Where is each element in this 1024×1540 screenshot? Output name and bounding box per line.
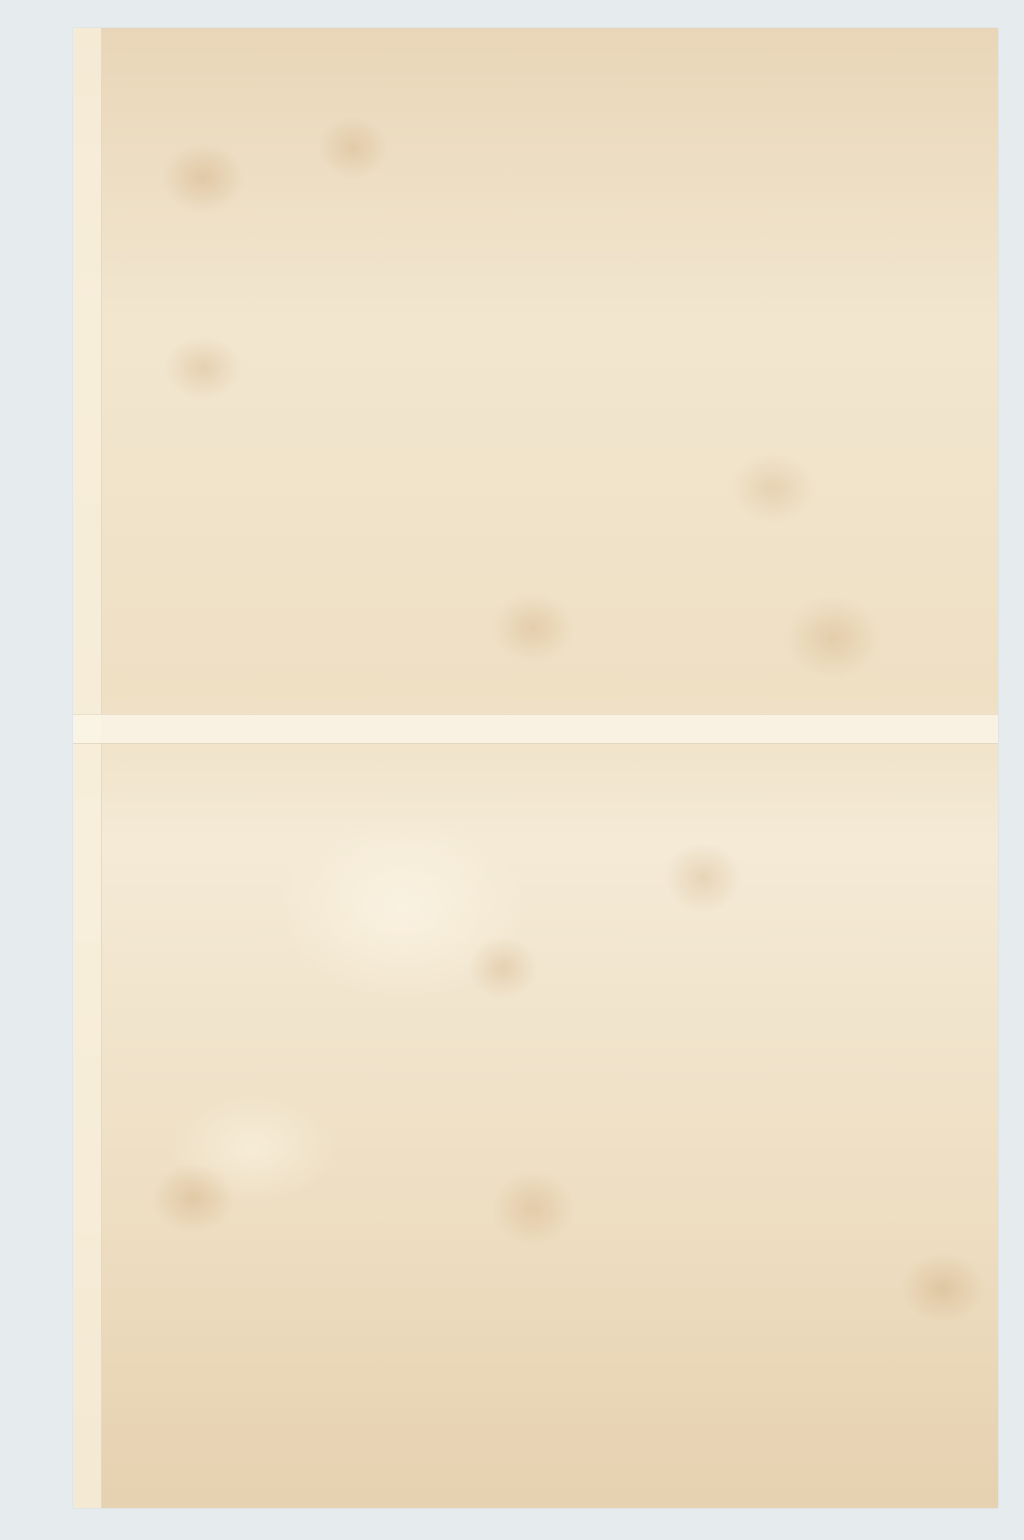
horizontal-tape-strip: [73, 714, 998, 744]
aged-paper-sheet: [73, 28, 998, 1508]
vertical-tape-strip: [73, 28, 102, 1508]
